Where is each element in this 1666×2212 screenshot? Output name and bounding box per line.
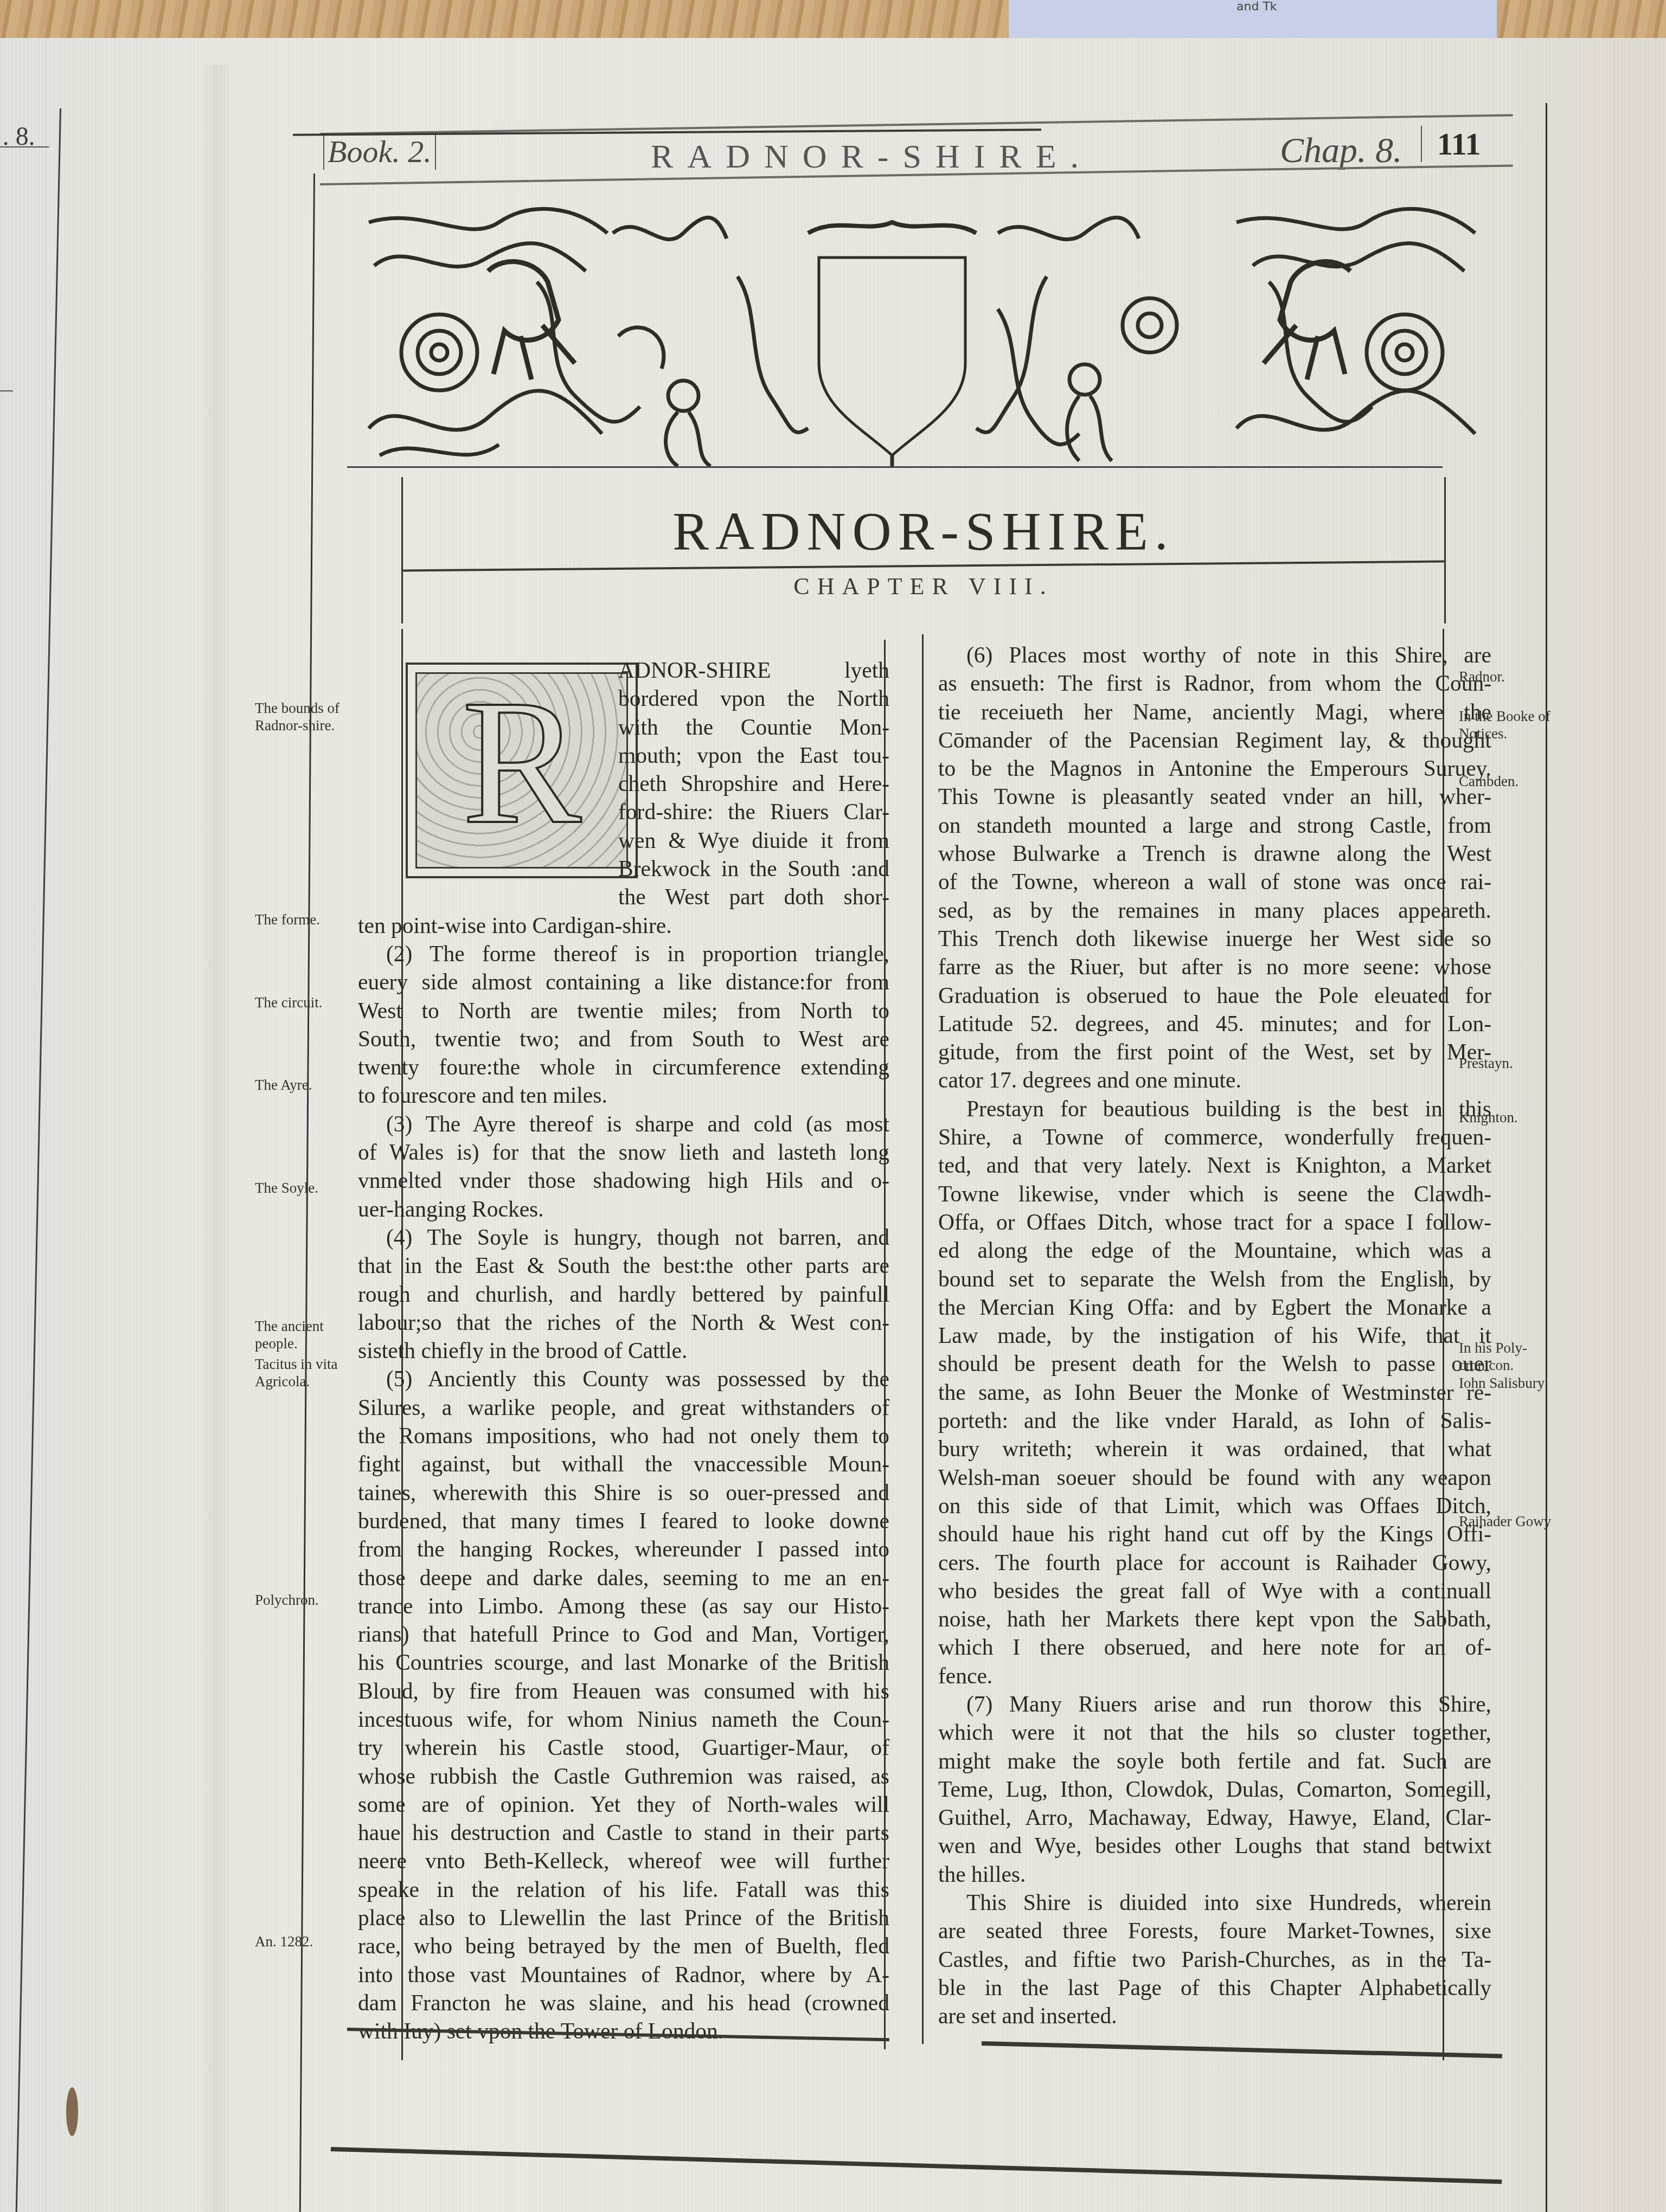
ornament-foliage-icon	[358, 201, 1486, 472]
text-line: (5) Anciently this County was possessed …	[358, 1365, 889, 1393]
text-line: with the Countie Mon-	[358, 713, 889, 741]
margin-note: The Ayre.	[255, 1076, 363, 1094]
text-line: place also to Llewellin the last Prince …	[358, 1904, 889, 1932]
header-title: RADNOR-SHIRE.	[651, 138, 1093, 176]
text-line: that in the East & South the best:the ot…	[358, 1251, 889, 1279]
text-line: whose Bulwarke a Trench is drawne along …	[938, 839, 1491, 867]
text-line: fence.	[938, 1662, 1491, 1690]
text-line: the hilles.	[938, 1860, 1491, 1888]
text-line: Towne likewise, vnder which is seene the…	[938, 1180, 1491, 1208]
page-fold-shadow	[201, 65, 233, 2212]
text-line: his Countries scourge, and last Monarke …	[358, 1648, 889, 1676]
text-line: on standeth mounted a large and strong C…	[938, 811, 1491, 839]
text-line: euery side almost containing a like dist…	[358, 968, 889, 996]
text-line: trance into Limbo. Among these (as say o…	[358, 1592, 889, 1620]
previous-page-rule	[0, 146, 49, 147]
text-line: cers. The fourth place for account is Ra…	[938, 1548, 1491, 1577]
margin-note: Raihader Gowy	[1459, 1513, 1562, 1530]
text-line: whose rubbish the Castle Guthremion was …	[358, 1762, 889, 1790]
text-line: ted, and that very lately. Next is Knigh…	[938, 1151, 1491, 1179]
margin-note: Polychron.	[255, 1591, 363, 1609]
text-line: taines, wherewith this Shire is so ouer-…	[358, 1478, 889, 1507]
blue-paper-sheet: and Tk	[1009, 0, 1497, 43]
text-line: Latitude 52. degrees, and 45. minutes; a…	[938, 1009, 1491, 1038]
text-line: porteth: and the like vnder Harald, as I…	[938, 1406, 1491, 1435]
text-line: the Romans impositions, who had not onel…	[358, 1422, 889, 1450]
text-line: which I there obserued, and here note fo…	[938, 1633, 1491, 1661]
text-line: which were it not that the hils so clust…	[938, 1718, 1491, 1746]
margin-note: The Soyle.	[255, 1179, 363, 1197]
text-line: should haue his right hand cut off by th…	[938, 1520, 1491, 1548]
margin-note: The ancient people.	[255, 1317, 363, 1352]
left-text-column: ADNOR-SHIRE lyethbordered vpon the North…	[358, 656, 889, 2046]
text-line: uer-hanging Rockes.	[358, 1195, 889, 1223]
text-line: Teme, Lug, Ithon, Clowdok, Dulas, Comart…	[938, 1775, 1491, 1803]
text-line: neere vnto Beth-Kelleck, whereof wee wil…	[358, 1847, 889, 1875]
text-line: (7) Many Riuers arise and run thorow thi…	[938, 1690, 1491, 1718]
paper-stain	[66, 2087, 78, 2136]
text-line: (2) The forme thereof is in proportion t…	[358, 940, 889, 968]
margin-note: Knighton.	[1459, 1109, 1562, 1126]
ornament-rule	[347, 466, 1443, 468]
text-line: some are of opinion. Yet they of North-w…	[358, 1790, 889, 1818]
text-line: into those vast Mountaines of Radnor, wh…	[358, 1960, 889, 1989]
margin-note: In the Booke of Notices.	[1459, 708, 1562, 742]
text-line: sed, as by the remaines in many places a…	[938, 896, 1491, 924]
margin-note: The bounds of Radnor-shire.	[255, 699, 363, 734]
text-line: Welsh-man soeuer should be found with an…	[938, 1463, 1491, 1491]
text-line: rians) that hatefull Prince to God and M…	[358, 1620, 889, 1648]
text-line: the Mercian King Offa: and by Egbert the…	[938, 1293, 1491, 1321]
text-line: noise, hath her Markets there kept vpon …	[938, 1605, 1491, 1633]
blue-sheet-text: and Tk	[1236, 0, 1277, 14]
running-header: Book. 2. RADNOR-SHIRE. Chap. 8. 111	[320, 119, 1513, 179]
text-line: to fourescore and ten miles.	[358, 1081, 889, 1109]
margin-note: Radnor.	[1459, 668, 1562, 685]
text-line: cheth Shropshire and Here-	[358, 769, 889, 798]
text-line: South, twentie two; and from South to We…	[358, 1025, 889, 1053]
text-line: try wherein his Castle stood, Guartiger-…	[358, 1733, 889, 1761]
header-book: Book. 2.	[323, 133, 436, 170]
text-line: haue his destruction and Castle to stand…	[358, 1818, 889, 1847]
text-line: to be the Magnos in Antonine the Emperou…	[938, 754, 1491, 782]
previous-page-rule	[0, 390, 13, 391]
text-line: who besides the great fall of Wye with a…	[938, 1577, 1491, 1605]
margin-note: An. 1282.	[255, 1933, 363, 1950]
text-line: vnmelted vnder those shadowing high Hils…	[358, 1166, 889, 1194]
text-line: ten point-wise into Cardigan-shire.	[358, 911, 889, 940]
text-line: Graduation is obserued to haue the Pole …	[938, 981, 1491, 1009]
text-line: bound set to separate the Welsh from the…	[938, 1265, 1491, 1293]
text-line: Brekwock in the South :and	[358, 854, 889, 883]
text-line: the same, as Iohn Beuer the Monke of Wes…	[938, 1378, 1491, 1406]
text-line: Prestayn for beautious building is the b…	[938, 1095, 1491, 1123]
text-line: Guithel, Arro, Machaway, Edway, Hawye, E…	[938, 1803, 1491, 1831]
margin-note: Cambden.	[1459, 773, 1562, 790]
column-divider	[922, 634, 924, 2044]
text-line: incestuous wife, for whom Ninius nameth …	[358, 1705, 889, 1733]
text-line: of Wales is) for that the snow lieth and…	[358, 1138, 889, 1166]
text-line: are seated three Forests, foure Market-T…	[938, 1917, 1491, 1945]
title-block: RADNOR-SHIRE. CHAPTER VIII.	[401, 477, 1446, 623]
margin-note: Tacitus in vita Agricola.	[255, 1355, 363, 1390]
text-line: ble in the last Page of this Chapter Alp…	[938, 1973, 1491, 2002]
text-line: bordered vpon the North	[358, 684, 889, 712]
margin-note: In his Poly-cronicon.	[1459, 1339, 1562, 1374]
text-line: twenty foure:the whole in circumference …	[358, 1053, 889, 1081]
text-line: farre as the Riuer, but after is no more…	[938, 953, 1491, 981]
text-line: might make the soyle both fertile and fa…	[938, 1747, 1491, 1775]
text-line: This Towne is pleasantly seated vnder an…	[938, 782, 1491, 811]
right-text-column: (6) Places most worthy of note in this S…	[938, 641, 1491, 2030]
text-line: This Shire is diuided into sixe Hundreds…	[938, 1888, 1491, 1917]
woodcut-headpiece-ornament	[358, 201, 1486, 472]
text-line: those deepe and darke dales, seeming to …	[358, 1564, 889, 1592]
text-line: Offa, or Offaes Ditch, whose tract for a…	[938, 1208, 1491, 1236]
text-line: from the hanging Rockes, whereunder I pa…	[358, 1535, 889, 1563]
text-line: are set and inserted.	[938, 2002, 1491, 2030]
text-line: sisteth chiefly in the brood of Cattle.	[358, 1336, 889, 1365]
text-line: burdened, that many times I feared to lo…	[358, 1507, 889, 1535]
text-line: Bloud, by fire from Heauen was consumed …	[358, 1677, 889, 1705]
text-line: cator 17. degrees and one minute.	[938, 1066, 1491, 1094]
text-line: Silures, a warlike people, and great wit…	[358, 1393, 889, 1422]
text-line: Law made, by the instigation of his Wife…	[938, 1321, 1491, 1349]
text-line: Castles, and fiftie two Parish-Churches,…	[938, 1945, 1491, 1973]
text-line: This Trench doth likewise inuerge her We…	[938, 924, 1491, 953]
text-line: labour;so that the riches of the North &…	[358, 1308, 889, 1336]
page-number: 111	[1421, 126, 1481, 162]
text-line: ADNOR-SHIRE lyeth	[358, 656, 889, 684]
text-line: fight against, but withall the vnaccessi…	[358, 1450, 889, 1478]
text-line: the West part doth shor-	[358, 883, 889, 911]
text-line: wen and Wye, besides other Loughs that s…	[938, 1831, 1491, 1860]
text-line: (6) Places most worthy of note in this S…	[938, 641, 1491, 669]
text-line: tie receiueth her Name, anciently Magi, …	[938, 698, 1491, 726]
text-line: bury writeth; wherein it was ordained, t…	[938, 1435, 1491, 1463]
text-line: (3) The Ayre thereof is sharpe and cold …	[358, 1110, 889, 1138]
text-line: rough and churlish, and hardly bettered …	[358, 1280, 889, 1308]
text-line: dam Francton he was slaine, and his head…	[358, 1989, 889, 2017]
margin-note: Iohn Salisbury	[1459, 1374, 1562, 1392]
text-line: speake in the relation of his life. Fata…	[358, 1875, 889, 1904]
chapter-heading: CHAPTER VIII.	[403, 573, 1444, 600]
page-frame-right	[1546, 103, 1547, 2212]
text-line: ford-shire: the Riuers Clar-	[358, 798, 889, 826]
text-line: on this side of that Limit, which was Of…	[938, 1491, 1491, 1520]
page-title: RADNOR-SHIRE.	[403, 500, 1444, 562]
text-line: should be present death for the Welsh to…	[938, 1349, 1491, 1378]
margin-note: The circuit.	[255, 994, 363, 1011]
text-line: Shire, a Towne of commerce, wonderfully …	[938, 1123, 1491, 1151]
text-line: Cōmander of the Pacensian Regiment lay, …	[938, 726, 1491, 754]
text-line: race, who being betrayed by the men of B…	[358, 1932, 889, 1960]
text-line: mouth; vpon the East tou-	[358, 741, 889, 769]
text-line: West to North are twentie miles; from No…	[358, 996, 889, 1025]
margin-note: Prestayn.	[1459, 1054, 1562, 1072]
text-line: of the Towne, whereon a wall of stone wa…	[938, 867, 1491, 896]
text-line: gitude, from the first point of the West…	[938, 1038, 1491, 1066]
header-chapter: Chap. 8.	[1280, 130, 1402, 171]
text-line: ed along the edge of the Mountaine, whic…	[938, 1236, 1491, 1264]
text-line: (4) The Soyle is hungry, though not barr…	[358, 1223, 889, 1251]
margin-note: The forme.	[255, 911, 363, 928]
text-line: wen & Wye diuide it from	[358, 826, 889, 854]
text-line: as ensueth: The first is Radnor, from wh…	[938, 669, 1491, 697]
